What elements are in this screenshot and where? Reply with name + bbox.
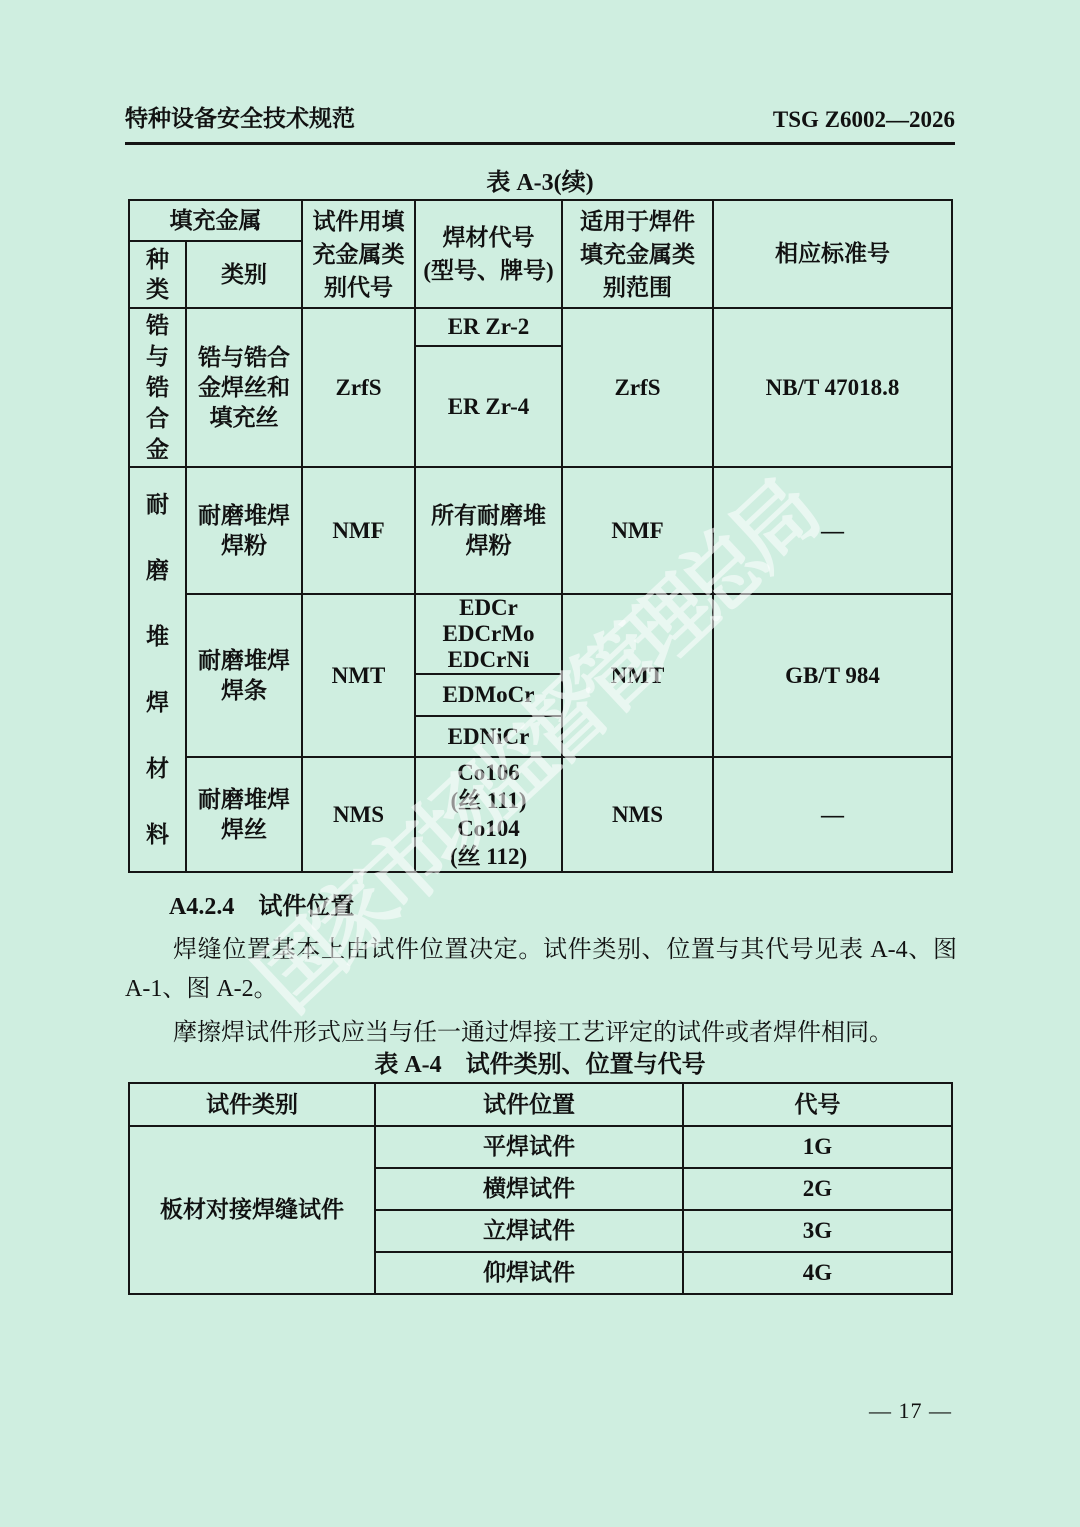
cell-range-zrfs: ZrfS (562, 308, 713, 467)
cell-code-1g: 1G (683, 1126, 952, 1168)
cell-position-horizontal: 横焊试件 (375, 1168, 683, 1210)
cell-material-all-flux: 所有耐磨堆 焊粉 (415, 467, 562, 594)
header-specimen-category: 试件类别 (129, 1083, 375, 1126)
cell-kind-zirconium: 锆 与 锆 合 金 (129, 308, 186, 467)
header-applicable-range: 适用于焊件 填充金属类 别范围 (562, 200, 713, 308)
page-number: — 17 — (869, 1398, 952, 1424)
cell-category-zirconium: 锆与锆合 金焊丝和 填充丝 (186, 308, 302, 467)
header-filler-metal: 填充金属 (129, 200, 302, 241)
cell-code-nms: NMS (302, 757, 415, 872)
cell-group-plate-butt-weld: 板材对接焊缝试件 (129, 1126, 375, 1294)
cell-standard-nms: — (713, 757, 952, 872)
table-a3: 填充金属 试件用填 充金属类 别代号 焊材代号 (型号、牌号) 适用于焊件 填充… (128, 199, 953, 873)
cell-code-4g: 4G (683, 1252, 952, 1294)
header-material-code: 焊材代号 (型号、牌号) (415, 200, 562, 308)
cell-range-nmt: NMT (562, 594, 713, 757)
cell-position-flat: 平焊试件 (375, 1126, 683, 1168)
section-heading: A4.2.4 试件位置 (169, 886, 957, 921)
cell-material-co106: Co106 (丝 111) Co104 (丝 112) (415, 757, 562, 872)
cell-standard-gbt984: GB/T 984 (713, 594, 952, 757)
cell-material-erzr2: ER Zr-2 (415, 308, 562, 346)
section-paragraph-1: 焊缝位置基本上由试件位置决定。试件类别、位置与其代号见表 A-4、图 A-1、图… (125, 931, 957, 1009)
header-standard-no: 相应标准号 (713, 200, 952, 308)
cell-code-zrfs: ZrfS (302, 308, 415, 467)
document-title: 特种设备安全技术规范 (125, 100, 355, 133)
table-a4-caption: 表 A-4 试件类别、位置与代号 (125, 1044, 955, 1079)
cell-standard-nbt: NB/T 47018.8 (713, 308, 952, 467)
cell-category-wire: 耐磨堆焊 焊丝 (186, 757, 302, 872)
cell-position-overhead: 仰焊试件 (375, 1252, 683, 1294)
document-code: TSG Z6002—2026 (773, 107, 955, 133)
header-kind: 种 类 (129, 241, 186, 308)
cell-material-ednicr: EDNiCr (415, 716, 562, 757)
cell-material-edmocr: EDMoCr (415, 674, 562, 716)
cell-category-flux: 耐磨堆焊 焊粉 (186, 467, 302, 594)
cell-material-erzr4: ER Zr-4 (415, 346, 562, 467)
cell-category-electrode: 耐磨堆焊 焊条 (186, 594, 302, 757)
header-specimen-filler-code: 试件用填 充金属类 别代号 (302, 200, 415, 308)
cell-code-nmt: NMT (302, 594, 415, 757)
header-category: 类别 (186, 241, 302, 308)
table-a3-caption: 表 A-3(续) (125, 162, 955, 197)
cell-material-edcr-group: EDCr EDCrMo EDCrNi (415, 594, 562, 674)
cell-code-2g: 2G (683, 1168, 952, 1210)
header-position-code: 代号 (683, 1083, 952, 1126)
cell-code-3g: 3G (683, 1210, 952, 1252)
cell-range-nms: NMS (562, 757, 713, 872)
page-header: 特种设备安全技术规范 TSG Z6002—2026 (125, 100, 955, 145)
cell-position-vertical: 立焊试件 (375, 1210, 683, 1252)
header-specimen-position: 试件位置 (375, 1083, 683, 1126)
cell-code-nmf: NMF (302, 467, 415, 594)
cell-standard-nmf: — (713, 467, 952, 594)
cell-range-nmf: NMF (562, 467, 713, 594)
cell-kind-wear-resistant: 耐 磨 堆 焊 材 料 (129, 467, 186, 872)
table-a4: 试件类别 试件位置 代号 板材对接焊缝试件 平焊试件 1G 横焊试件 2G 立焊… (128, 1082, 953, 1295)
section-a424: A4.2.4 试件位置 焊缝位置基本上由试件位置决定。试件类别、位置与其代号见表… (125, 886, 957, 1053)
